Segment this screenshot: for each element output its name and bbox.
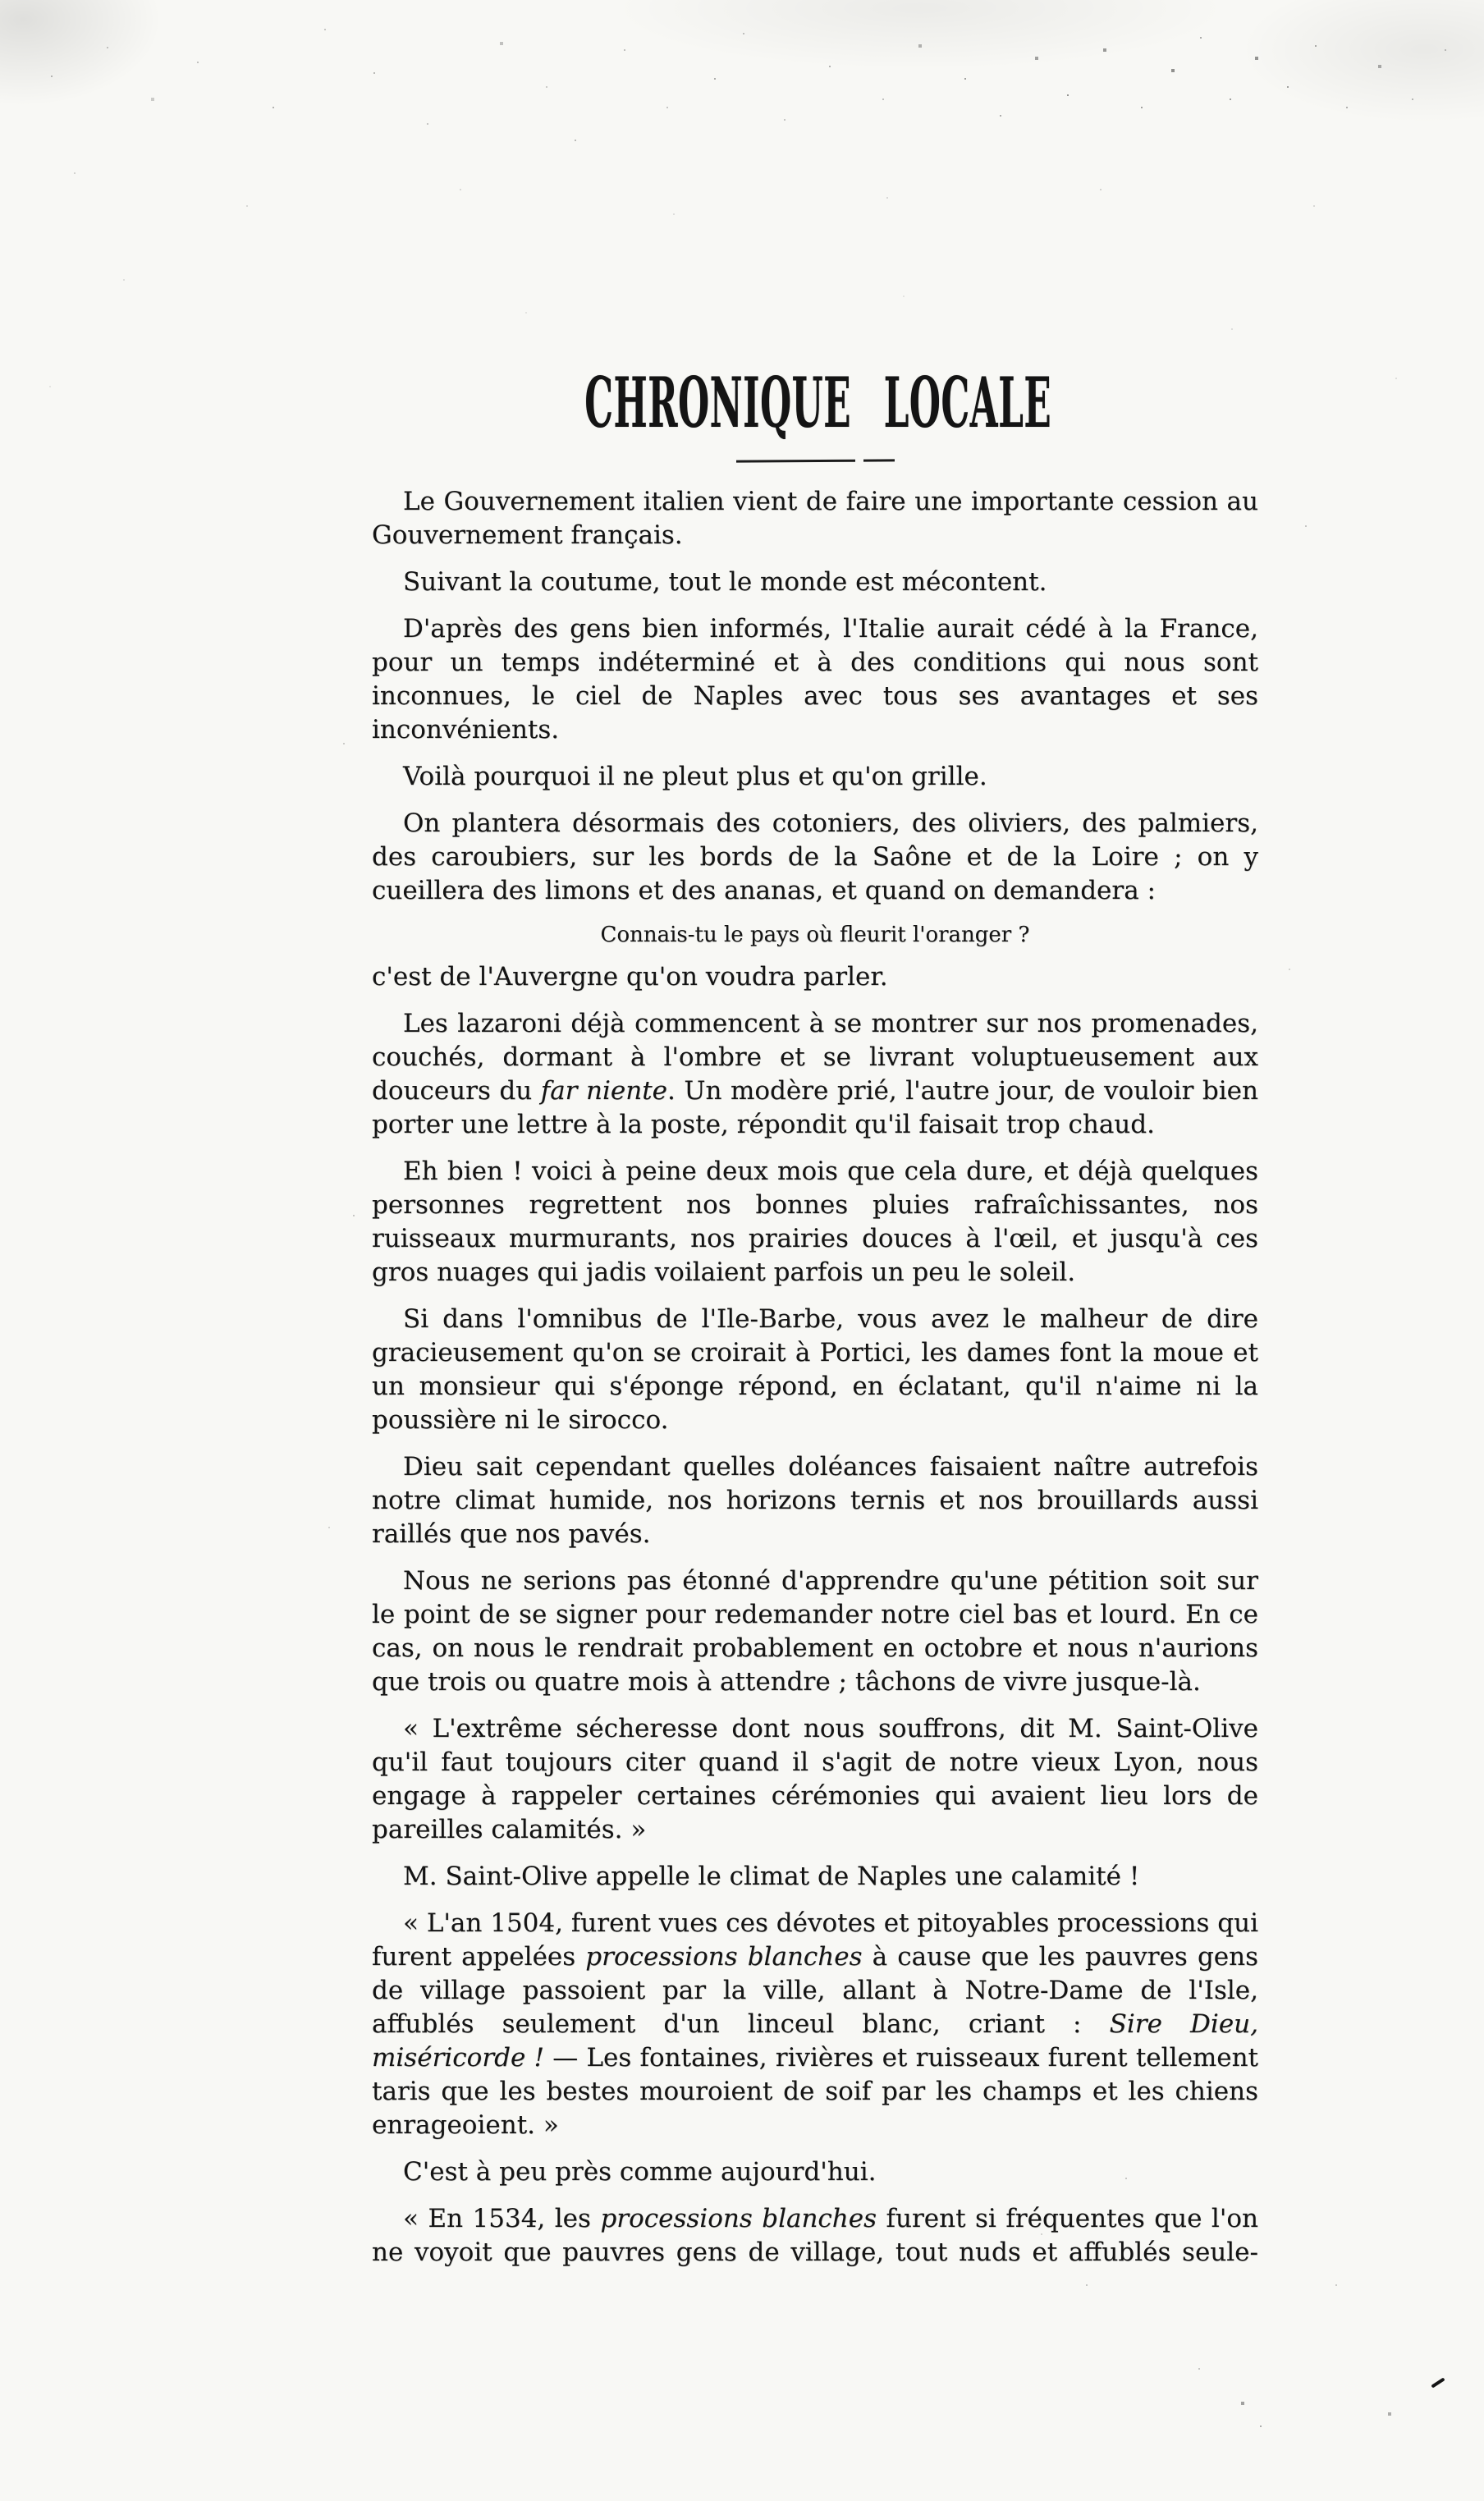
paragraph: « L'extrême sécheresse dont nous souffro…: [372, 1712, 1258, 1847]
text-segment: Nous ne serions pas étonné d'apprendre q…: [372, 1566, 1258, 1697]
scanned-page: CHRONIQUE LOCALE Le Gouvernement italien…: [0, 0, 1484, 2501]
italic-phrase: far niente: [541, 1076, 667, 1106]
text-segment: Le Gouvernement italien vient de faire u…: [372, 487, 1258, 550]
paragraph: Suivant la coutume, tout le monde est mé…: [372, 566, 1258, 599]
paragraph: c'est de l'Auvergne qu'on voudra parler.: [372, 960, 1258, 994]
divider-segment-short: [863, 459, 894, 461]
scan-mark-slash: [1431, 2377, 1445, 2388]
paragraph: Voilà pourquoi il ne pleut plus et qu'on…: [372, 760, 1258, 794]
italic-phrase: processions blanches: [600, 2204, 877, 2233]
scan-noise-dots: [0, 0, 2, 2]
verse-line: Connais-tu le pays où fleurit l'oranger …: [372, 921, 1258, 949]
text-segment: C'est à peu près comme aujourd'hui.: [403, 2157, 877, 2187]
text-segment: M. Saint-Olive appelle le climat de Napl…: [403, 1862, 1139, 1891]
paragraph: « L'an 1504, furent vues ces dévotes et …: [372, 1907, 1258, 2142]
text-segment: On plantera désormais des cotoniers, des…: [372, 808, 1258, 905]
paragraph: Dieu sait cependant quelles doléances fa…: [372, 1450, 1258, 1551]
paragraph: Si dans l'omnibus de l'Ile-Barbe, vous a…: [372, 1303, 1258, 1437]
title-divider-rule: [372, 457, 1258, 465]
paragraph: Nous ne serions pas étonné d'apprendre q…: [372, 1564, 1258, 1699]
divider-segment-long: [735, 460, 854, 463]
paragraph: M. Saint-Olive appelle le climat de Napl…: [372, 1860, 1258, 1894]
paragraph: « En 1534, les processions blanches fure…: [372, 2202, 1258, 2270]
paragraph: C'est à peu près comme aujourd'hui.: [372, 2155, 1258, 2189]
text-segment: « L'extrême sécheresse dont nous souffro…: [372, 1714, 1258, 1844]
text-segment: Dieu sait cependant quelles doléances fa…: [372, 1452, 1258, 1549]
text-segment: Eh bien ! voici à peine deux mois que ce…: [372, 1157, 1258, 1287]
paragraph: Les lazaroni déjà commencent à se montre…: [372, 1007, 1258, 1142]
text-segment: D'après des gens bien informés, l'Italie…: [372, 614, 1258, 744]
paragraph: Le Gouvernement italien vient de faire u…: [372, 485, 1258, 552]
text-segment: Connais-tu le pays où fleurit l'oranger …: [601, 923, 1030, 947]
text-segment: c'est de l'Auvergne qu'on voudra parler.: [372, 962, 888, 992]
text-segment: « En 1534, les: [403, 2204, 600, 2233]
page-title: CHRONIQUE LOCALE: [584, 368, 1046, 438]
text-column: CHRONIQUE LOCALE Le Gouvernement italien…: [372, 368, 1258, 2283]
text-segment: Suivant la coutume, tout le monde est mé…: [403, 567, 1047, 597]
paragraph: Eh bien ! voici à peine deux mois que ce…: [372, 1155, 1258, 1289]
article-body: Le Gouvernement italien vient de faire u…: [372, 485, 1258, 2270]
italic-phrase: processions blanches: [585, 1942, 862, 1972]
text-segment: Si dans l'omnibus de l'Ile-Barbe, vous a…: [372, 1304, 1258, 1435]
paragraph: D'après des gens bien informés, l'Italie…: [372, 612, 1258, 747]
text-segment: Voilà pourquoi il ne pleut plus et qu'on…: [403, 762, 987, 791]
paragraph: On plantera désormais des cotoniers, des…: [372, 807, 1258, 908]
